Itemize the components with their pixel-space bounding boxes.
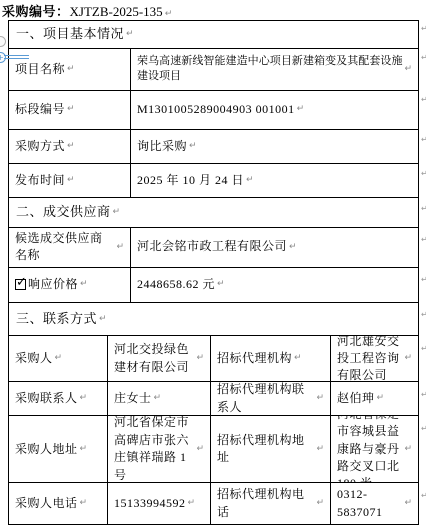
project-name-value: 荣乌高速新线智能建造中心项目新建箱变及其配套设施建设项目↵ — [131, 49, 418, 89]
table-row: 项目名称↵ 荣乌高速新线智能建造中心项目新建箱变及其配套设施建设项目↵ — [9, 48, 418, 89]
table-row: 采购人电话↵ 15133994592↵ 招标代理机构电话↵ 0312-58370… — [9, 482, 418, 524]
end-of-row-mark: ↵ — [421, 24, 426, 33]
section1-header-row: 一、项目基本情况↵ — [9, 21, 418, 48]
end-of-cell-mark: ↵ — [188, 497, 196, 510]
end-of-cell-mark: ↵ — [377, 392, 385, 405]
end-of-cell-mark: ↵ — [316, 497, 324, 510]
end-of-cell-mark: ↵ — [116, 241, 124, 254]
response-price-value: 2448658.62 元↵ — [131, 268, 418, 302]
purchaser-contact-value: 庄女士↵ — [108, 382, 211, 415]
purchaser-value: 河北交投绿色建材有限公司↵ — [108, 336, 211, 381]
purchaser-contact-label: 采购联系人↵ — [9, 382, 108, 415]
table-row: 采购联系人↵ 庄女士↵ 招标代理机构联系人↵ 赵伯珅↵ — [9, 381, 418, 415]
end-of-cell-mark: ↵ — [316, 443, 324, 456]
purchaser-address-label: 采购人地址↵ — [9, 416, 108, 482]
end-of-row-mark: ↵ — [421, 310, 426, 319]
procurement-table: 一、项目基本情况↵ 项目名称↵ 荣乌高速新线智能建造中心项目新建箱变及其配套设施… — [8, 20, 419, 525]
end-of-cell-mark: ↵ — [246, 174, 254, 187]
end-of-cell-mark: ↵ — [67, 140, 75, 153]
end-of-row-mark: ↵ — [421, 169, 426, 178]
bid-section-label: 标段编号↵ — [9, 91, 131, 129]
end-of-row-mark: ↵ — [421, 390, 426, 399]
end-of-cell-mark: ↵ — [80, 278, 88, 291]
doc-code-label: 采购编号： — [2, 4, 70, 19]
end-of-cell-mark: ↵ — [55, 352, 63, 365]
doc-code-line: 采购编号：XJTZB-2025-135↵ — [2, 1, 172, 20]
agency-contact-value: 赵伯珅↵ — [331, 382, 418, 415]
end-of-cell-mark: ↵ — [80, 392, 88, 405]
table-handle-button[interactable] — [0, 36, 6, 47]
end-of-row-mark: ↵ — [421, 235, 426, 244]
document-page: { "header": { "label": "采购编号：", "code": … — [0, 0, 426, 527]
doc-code-value: XJTZB-2025-135↵ — [70, 4, 173, 19]
table-row: 发布时间↵ 2025 年 10 月 24 日↵ — [9, 163, 418, 197]
end-of-cell-mark: ↵ — [67, 174, 75, 187]
end-of-cell-mark: ↵ — [196, 352, 204, 365]
purchaser-phone-label: 采购人电话↵ — [9, 483, 108, 524]
table-row: 标段编号↵ M1301005289004903 001001↵ — [9, 90, 418, 129]
end-of-cell-mark: ↵ — [294, 352, 302, 365]
agency-phone-value: 0312-5837071↵ — [331, 483, 418, 524]
agency-contact-label: 招标代理机构联系人↵ — [211, 382, 331, 415]
end-of-row-mark: ↵ — [421, 204, 426, 213]
end-of-cell-mark: ↵ — [289, 241, 297, 254]
agency-value: 河北雄安交投工程咨询有限公司↵ — [331, 336, 418, 381]
table-row: 采购方式↵ 询比采购↵ — [9, 129, 418, 163]
bid-section-value: M1301005289004903 001001↵ — [131, 91, 418, 129]
end-of-cell-mark: ↵ — [189, 140, 197, 153]
procurement-method-value: 询比采购↵ — [131, 130, 418, 163]
publish-date-label: 发布时间↵ — [9, 164, 131, 197]
table-row: 采购人↵ 河北交投绿色建材有限公司↵ 招标代理机构↵ 河北雄安交投工程咨询有限公… — [9, 335, 418, 381]
section2-title: 二、成交供应商↵ — [9, 198, 418, 226]
purchaser-label: 采购人↵ — [9, 336, 108, 381]
purchaser-address-value: 河北省保定市高碑店市张六庄镇祥瑞路 1 号↵ — [108, 416, 211, 482]
agency-address-value: 河北省保定市容城县益康路与豪丹路交叉口北 180 米↵ — [331, 416, 418, 482]
section1-title: 一、项目基本情况↵ — [9, 21, 418, 48]
section3-header-row: 三、联系方式↵ — [9, 302, 418, 335]
end-of-cell-mark: ↵ — [80, 443, 88, 456]
table-row: ✓ 响应价格 ↵ 2448658.62 元↵ — [9, 267, 418, 302]
agency-address-label: 招标代理机构地址↵ — [211, 416, 331, 482]
table-row: 采购人地址↵ 河北省保定市高碑店市张六庄镇祥瑞路 1 号↵ 招标代理机构地址↵ … — [9, 415, 418, 482]
candidate-supplier-value: 河北会铭市政工程有限公司↵ — [131, 228, 418, 267]
end-of-cell-mark: ↵ — [165, 9, 173, 19]
end-of-cell-mark: ↵ — [80, 497, 88, 510]
end-of-cell-mark: ↵ — [67, 63, 75, 76]
end-of-cell-mark: ↵ — [404, 63, 412, 76]
end-of-cell-mark: ↵ — [404, 352, 412, 365]
end-of-cell-mark: ↵ — [297, 103, 305, 116]
table-row: 候选成交供应商名称↵ 河北会铭市政工程有限公司↵ — [9, 227, 418, 267]
section3-title: 三、联系方式↵ — [9, 303, 418, 335]
end-of-row-mark: ↵ — [421, 53, 426, 62]
insert-row-indicator-line — [4, 55, 29, 59]
end-of-cell-mark: ↵ — [126, 28, 134, 41]
end-of-cell-mark: ↵ — [404, 443, 412, 456]
end-of-cell-mark: ↵ — [67, 103, 75, 116]
end-of-row-mark: ↵ — [421, 491, 426, 500]
end-of-row-mark: ↵ — [421, 275, 426, 284]
checked-checkbox-icon[interactable]: ✓ — [15, 279, 26, 290]
publish-date-value: 2025 年 10 月 24 日↵ — [131, 164, 418, 197]
procurement-method-label: 采购方式↵ — [9, 130, 131, 163]
end-of-row-mark: ↵ — [421, 95, 426, 104]
purchaser-phone-value: 15133994592↵ — [108, 483, 211, 524]
end-of-row-mark: ↵ — [421, 424, 426, 433]
end-of-row-mark: ↵ — [421, 135, 426, 144]
end-of-cell-mark: ↵ — [217, 278, 225, 291]
end-of-cell-mark: ↵ — [113, 206, 121, 219]
agency-label: 招标代理机构↵ — [211, 336, 331, 381]
end-of-cell-mark: ↵ — [196, 443, 204, 456]
response-price-label: ✓ 响应价格 ↵ — [9, 268, 131, 302]
agency-phone-label: 招标代理机构电话↵ — [211, 483, 331, 524]
end-of-cell-mark: ↵ — [316, 392, 324, 405]
end-of-row-mark: ↵ — [421, 344, 426, 353]
end-of-cell-mark: ↵ — [154, 392, 162, 405]
end-of-cell-mark: ↵ — [404, 497, 412, 510]
section2-header-row: 二、成交供应商↵ — [9, 197, 418, 226]
end-of-cell-mark: ↵ — [99, 313, 107, 326]
candidate-supplier-label: 候选成交供应商名称↵ — [9, 228, 131, 267]
